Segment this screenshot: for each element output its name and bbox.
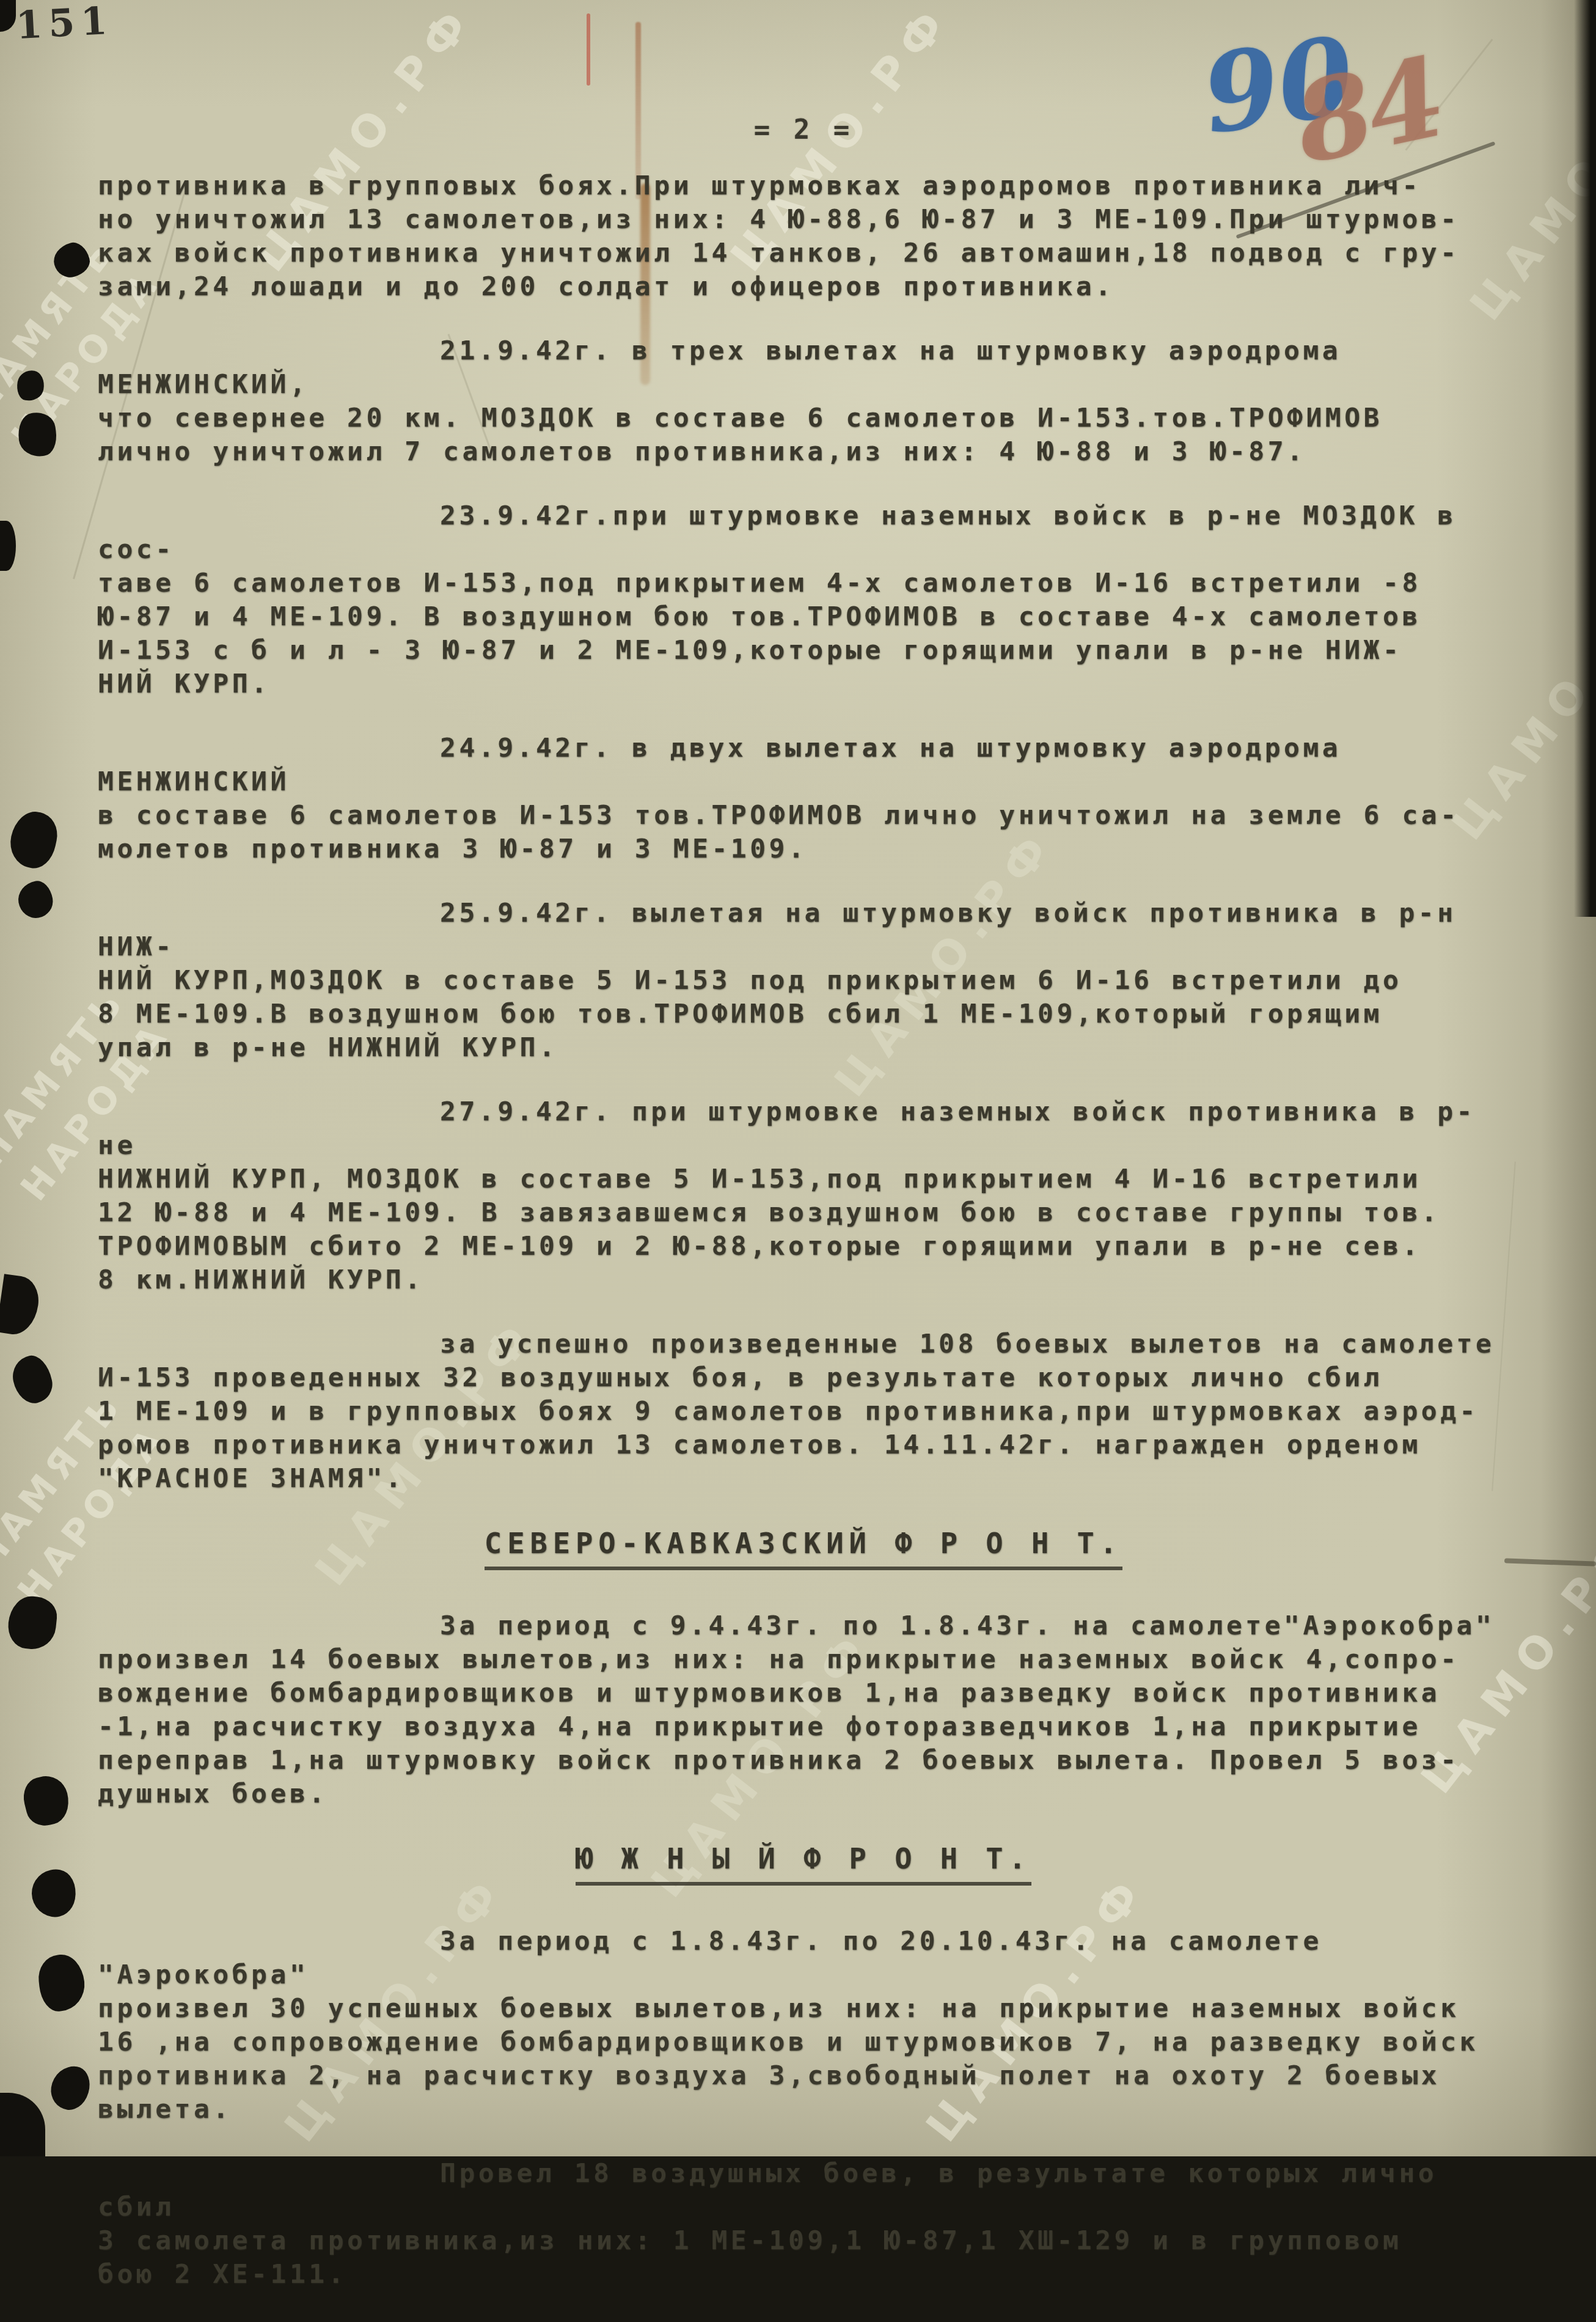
paragraph: 24.9.42г. в двух вылетах на штурмовку аэ…	[98, 732, 1509, 866]
document-scan: ЦАМО.РФ ЦАМО.РФ ЦАМО.РФ ПАМЯТЬ НАРОДА ПА…	[0, 0, 1596, 2156]
scanner-background-edge	[1574, 0, 1596, 917]
typed-page-number: = 2 =	[98, 113, 1509, 147]
paragraph: За период с 1.8.43г. по 20.10.43г. на са…	[98, 1925, 1509, 2126]
paragraph: за успешно произведенные 108 боевых выле…	[98, 1328, 1509, 1496]
paragraph: 25.9.42г. вылетая на штурмовку войск про…	[98, 897, 1509, 1065]
paragraph: противника в групповых боях.При штурмовк…	[98, 169, 1509, 304]
document-body: = 2 = противника в групповых боях.При шт…	[98, 113, 1509, 2156]
paragraph: За период с 9.4.43г. по 1.8.43г. на само…	[98, 1609, 1509, 1811]
paragraph: 23.9.42г.при штурмовке наземных войск в …	[98, 499, 1509, 701]
section-heading: СЕВЕРО-КАВКАЗСКИЙ Ф Р О Н Т.	[98, 1526, 1509, 1570]
handwritten-page-number: 151	[15, 1, 114, 45]
section-heading: Ю Ж Н Ы Й Ф Р О Н Т.	[98, 1842, 1509, 1886]
section-heading-text: СЕВЕРО-КАВКАЗСКИЙ Ф Р О Н Т.	[485, 1526, 1122, 1570]
red-pencil-streak	[587, 13, 590, 86]
paragraph: 27.9.42г. при штурмовке наземных войск п…	[98, 1095, 1509, 1297]
paragraph: 21.9.42г. в трех вылетах на штурмовку аэ…	[98, 334, 1509, 469]
section-heading-text: Ю Ж Н Ы Й Ф Р О Н Т.	[576, 1842, 1031, 1886]
